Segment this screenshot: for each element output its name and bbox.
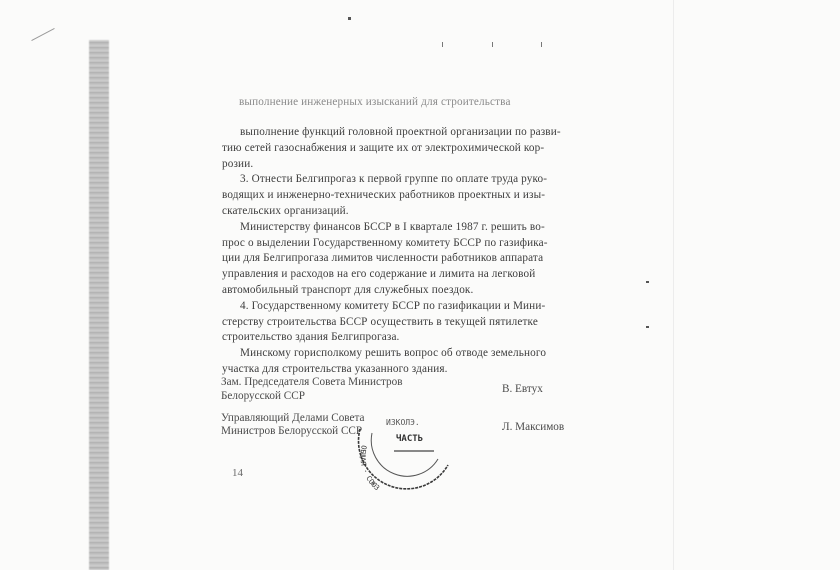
paragraph-2-line-1: 3. Отнести Белгипрогаз к первой группе п… [240, 173, 547, 185]
paragraph-1-line-3: розии. [222, 158, 253, 170]
paragraph-1-line-1: выполнение функций головной проектной ор… [240, 126, 561, 138]
scan-tick [541, 42, 542, 47]
paragraph-4-line-3: строительство здания Белгипрогаза. [222, 331, 400, 343]
paragraph-2-line-2: водящих и инженерно-технических работник… [222, 189, 545, 201]
svg-text:ЧАСТЬ: ЧАСТЬ [396, 434, 423, 444]
paragraph-3-line-4: управления и расходов на его содержание … [222, 268, 535, 280]
signature-1-name: В. Евтух [502, 383, 543, 395]
signature-2-name: Л. Максимов [502, 421, 564, 433]
paragraph-4-line-2: стерству строительства БССР осуществить … [222, 316, 538, 328]
scan-speck [646, 281, 649, 283]
stamp-seal-icon: ЧАСТЬ ИЗКОЛЭ. ОБЩАЯ · СОЮЗ [352, 415, 452, 499]
paragraph-5-line-2: участка для строительства указанного зда… [222, 363, 448, 375]
document-header-line: выполнение инженерных изысканий для стро… [239, 96, 511, 108]
scan-scratch-mark [31, 28, 54, 41]
scanned-document-page: выполнение инженерных изысканий для стро… [0, 0, 840, 570]
paragraph-2-line-3: скательских организаций. [222, 205, 349, 217]
paragraph-3-line-3: ции для Белгипрогаза лимитов численности… [222, 252, 543, 264]
signature-2-title-line-2: Министров Белорусской ССР [221, 425, 362, 437]
official-stamp: ЧАСТЬ ИЗКОЛЭ. ОБЩАЯ · СОЮЗ [352, 415, 452, 499]
scan-binding-shadow [89, 40, 109, 570]
paragraph-3-line-1: Министерству финансов БССР в I квартале … [240, 221, 545, 233]
signature-1-title-line-1: Зам. Председателя Совета Министров [221, 376, 403, 388]
scan-speck [646, 326, 649, 328]
signature-1-title-line-2: Белорусской ССР [221, 390, 305, 402]
svg-text:ИЗКОЛЭ.: ИЗКОЛЭ. [386, 418, 420, 427]
signature-2-title-line-1: Управляющий Делами Совета [221, 412, 364, 424]
paragraph-3-line-5: автомобильный транспорт для служебных по… [222, 284, 473, 296]
paragraph-5-line-1: Минскому горисполкому решить вопрос об о… [240, 347, 546, 359]
paragraph-3-line-2: прос о выделении Государственному комите… [222, 237, 548, 249]
page-number: 14 [232, 467, 243, 479]
paragraph-4-line-1: 4. Государственному комитету БССР по газ… [240, 300, 545, 312]
scan-tick [442, 42, 443, 47]
scan-tick [492, 42, 493, 47]
scan-edge-line [673, 0, 674, 570]
scan-speck [348, 17, 351, 20]
svg-text:ОБЩАЯ · СОЮЗ: ОБЩАЯ · СОЮЗ [358, 445, 380, 493]
paragraph-1-line-2: тию сетей газоснабжения и защите их от э… [222, 142, 544, 154]
